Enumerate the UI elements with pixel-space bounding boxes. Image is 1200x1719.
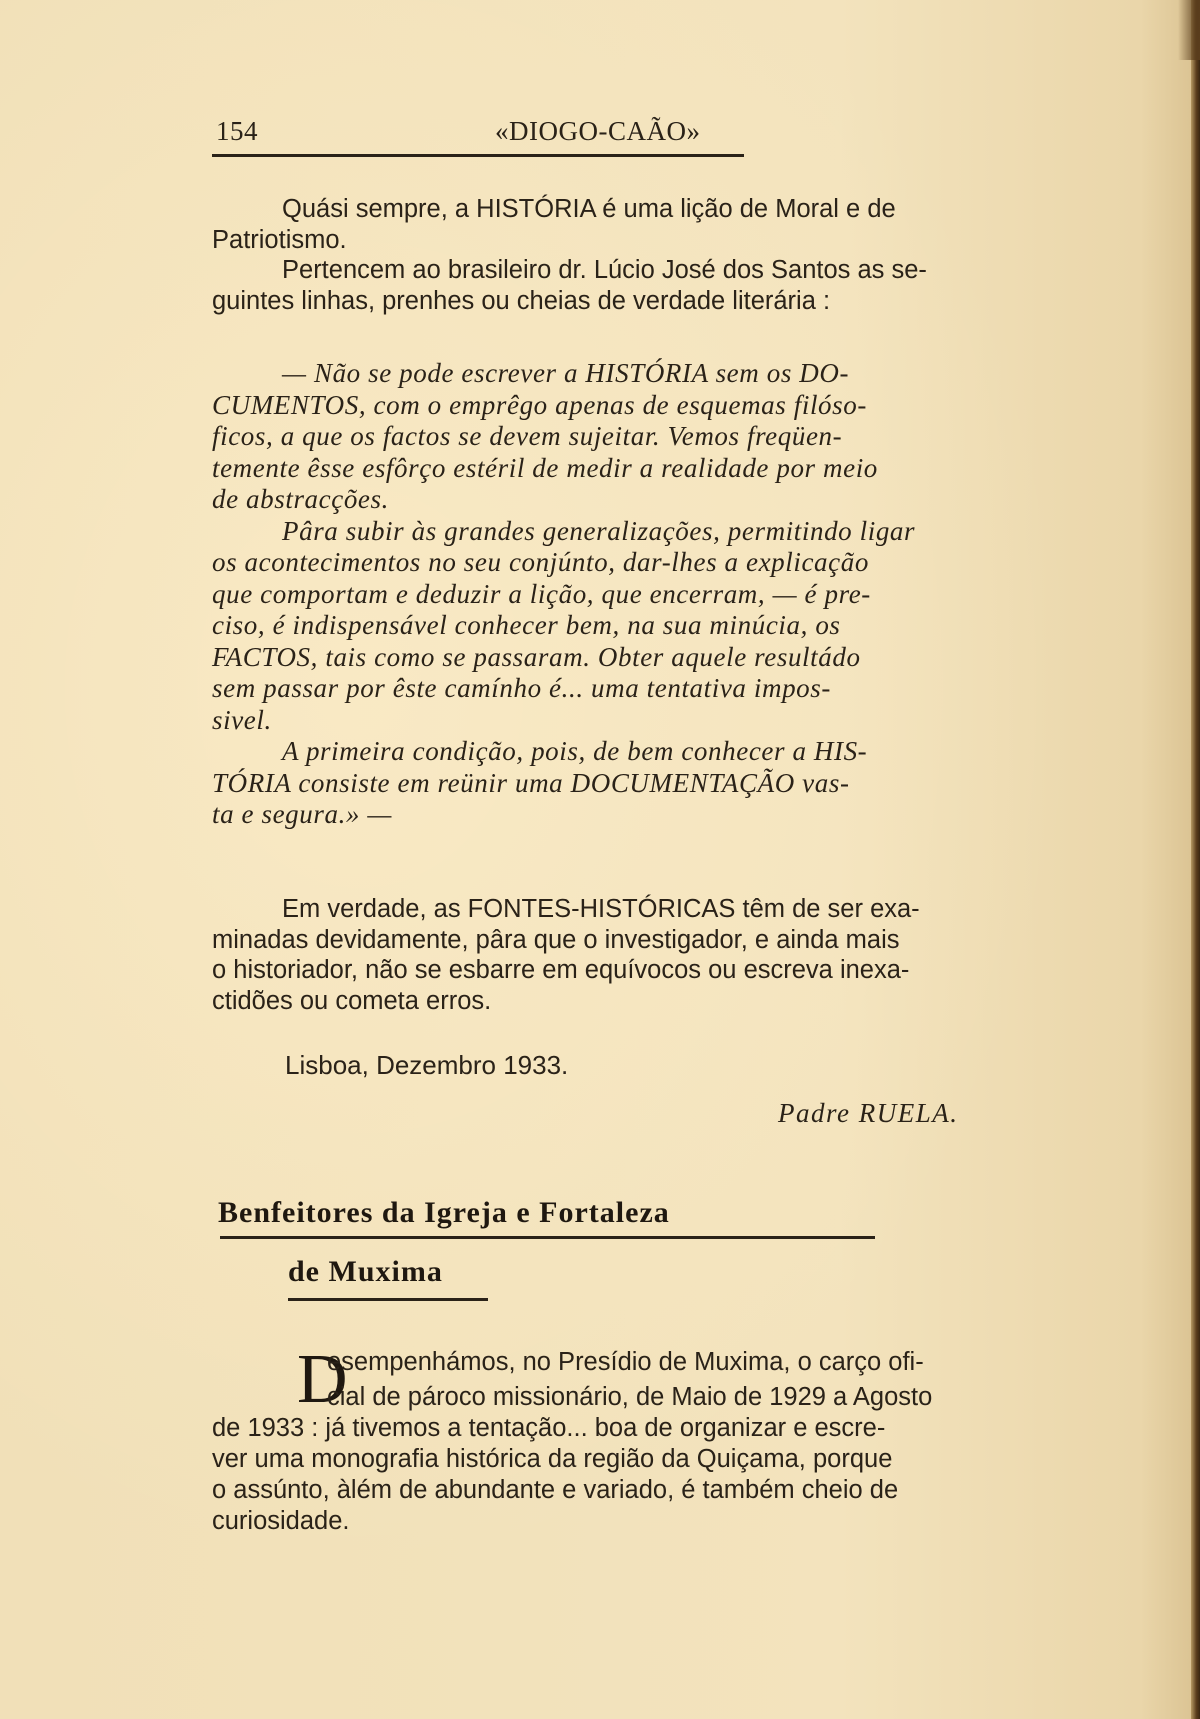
- quote-line: Pâra subir às grandes generalizações, pe…: [212, 516, 1052, 548]
- text-line: de 1933 : já tivemos a tentação... boa d…: [212, 1413, 1052, 1444]
- quote-line: temente êsse esfôrço estéril de medir a …: [212, 453, 1052, 485]
- text-line: Quási sempre, a HISTÓRIA é uma lição de …: [212, 194, 1052, 225]
- text-line: ctidões ou cometa erros.: [212, 986, 1052, 1017]
- running-title: «DIOGO-CAÃO»: [495, 116, 700, 147]
- text-line: Pertencem ao brasileiro dr. Lúcio José d…: [212, 255, 1052, 286]
- quote-line: sem passar por êste camínho é... uma ten…: [212, 673, 1052, 705]
- quote-line: A primeira condição, pois, de bem conhec…: [212, 736, 1052, 768]
- title-underline: [220, 1236, 875, 1239]
- text-line: o assúnto, àlém de abundante e variado, …: [212, 1475, 1052, 1506]
- text-line: esempenhámos, no Presídio de Muxima, o c…: [327, 1347, 924, 1378]
- quote-line: CUMENTOS, com o emprêgo apenas de esquem…: [212, 390, 1052, 422]
- section-title-continued: de Muxima: [288, 1255, 443, 1289]
- intro-paragraph: Quási sempre, a HISTÓRIA é uma lição de …: [212, 194, 1052, 316]
- quotation: — Não se pode escrever a HISTÓRIA sem os…: [212, 358, 1052, 831]
- quote-line: TÓRIA consiste em reünir uma DOCUMENTAÇÃ…: [212, 768, 1052, 800]
- signature-place-date: Lisboa, Dezembro 1933.: [285, 1050, 568, 1081]
- text-line: minadas devidamente, pâra que o investig…: [212, 925, 1052, 956]
- quote-line: ciso, é indispensável conhecer bem, na s…: [212, 610, 1052, 642]
- text-line: ver uma monografia histórica da região d…: [212, 1444, 1052, 1475]
- quote-line: ta e segura.» —: [212, 799, 1052, 831]
- signature-author: Padre RUELA.: [778, 1098, 958, 1129]
- text-line: o historiador, não se esbarre em equívoc…: [212, 955, 1052, 986]
- text-line: Patriotismo.: [212, 225, 1052, 256]
- text-line: cial de pároco missionário, de Maio de 1…: [212, 1382, 1052, 1413]
- section-title: Benfeitores da Igreja e Fortaleza: [218, 1196, 670, 1230]
- page-number: 154: [216, 116, 258, 147]
- quote-line: FACTOS, tais como se passaram. Obter aqu…: [212, 642, 1052, 674]
- conclusion-paragraph: Em verdade, as FONTES-HISTÓRICAS têm de …: [212, 894, 1052, 1016]
- quote-line: sivel.: [212, 705, 1052, 737]
- title-underline-short: [288, 1298, 488, 1301]
- text-line: curiosidade.: [212, 1506, 1052, 1537]
- section-paragraph: esempenhámos, no Presídio de Muxima, o c…: [212, 1382, 1052, 1537]
- scanned-page: 154 «DIOGO-CAÃO» Quási sempre, a HISTÓRI…: [0, 0, 1200, 1719]
- book-binding-edge: [1191, 0, 1200, 1719]
- binding-shadow: [1178, 0, 1200, 60]
- quote-line: ficos, a que os factos se devem sujeitar…: [212, 421, 1052, 453]
- text-line: Em verdade, as FONTES-HISTÓRICAS têm de …: [212, 894, 1052, 925]
- text-line: guintes linhas, prenhes ou cheias de ver…: [212, 286, 1052, 317]
- page-header: 154 «DIOGO-CAÃO»: [212, 110, 744, 157]
- quote-line: de abstracções.: [212, 484, 1052, 516]
- quote-line: os acontecimentos no seu conjúnto, dar-l…: [212, 547, 1052, 579]
- quote-line: que comportam e deduzir a lição, que enc…: [212, 579, 1052, 611]
- quote-line: — Não se pode escrever a HISTÓRIA sem os…: [212, 358, 1052, 390]
